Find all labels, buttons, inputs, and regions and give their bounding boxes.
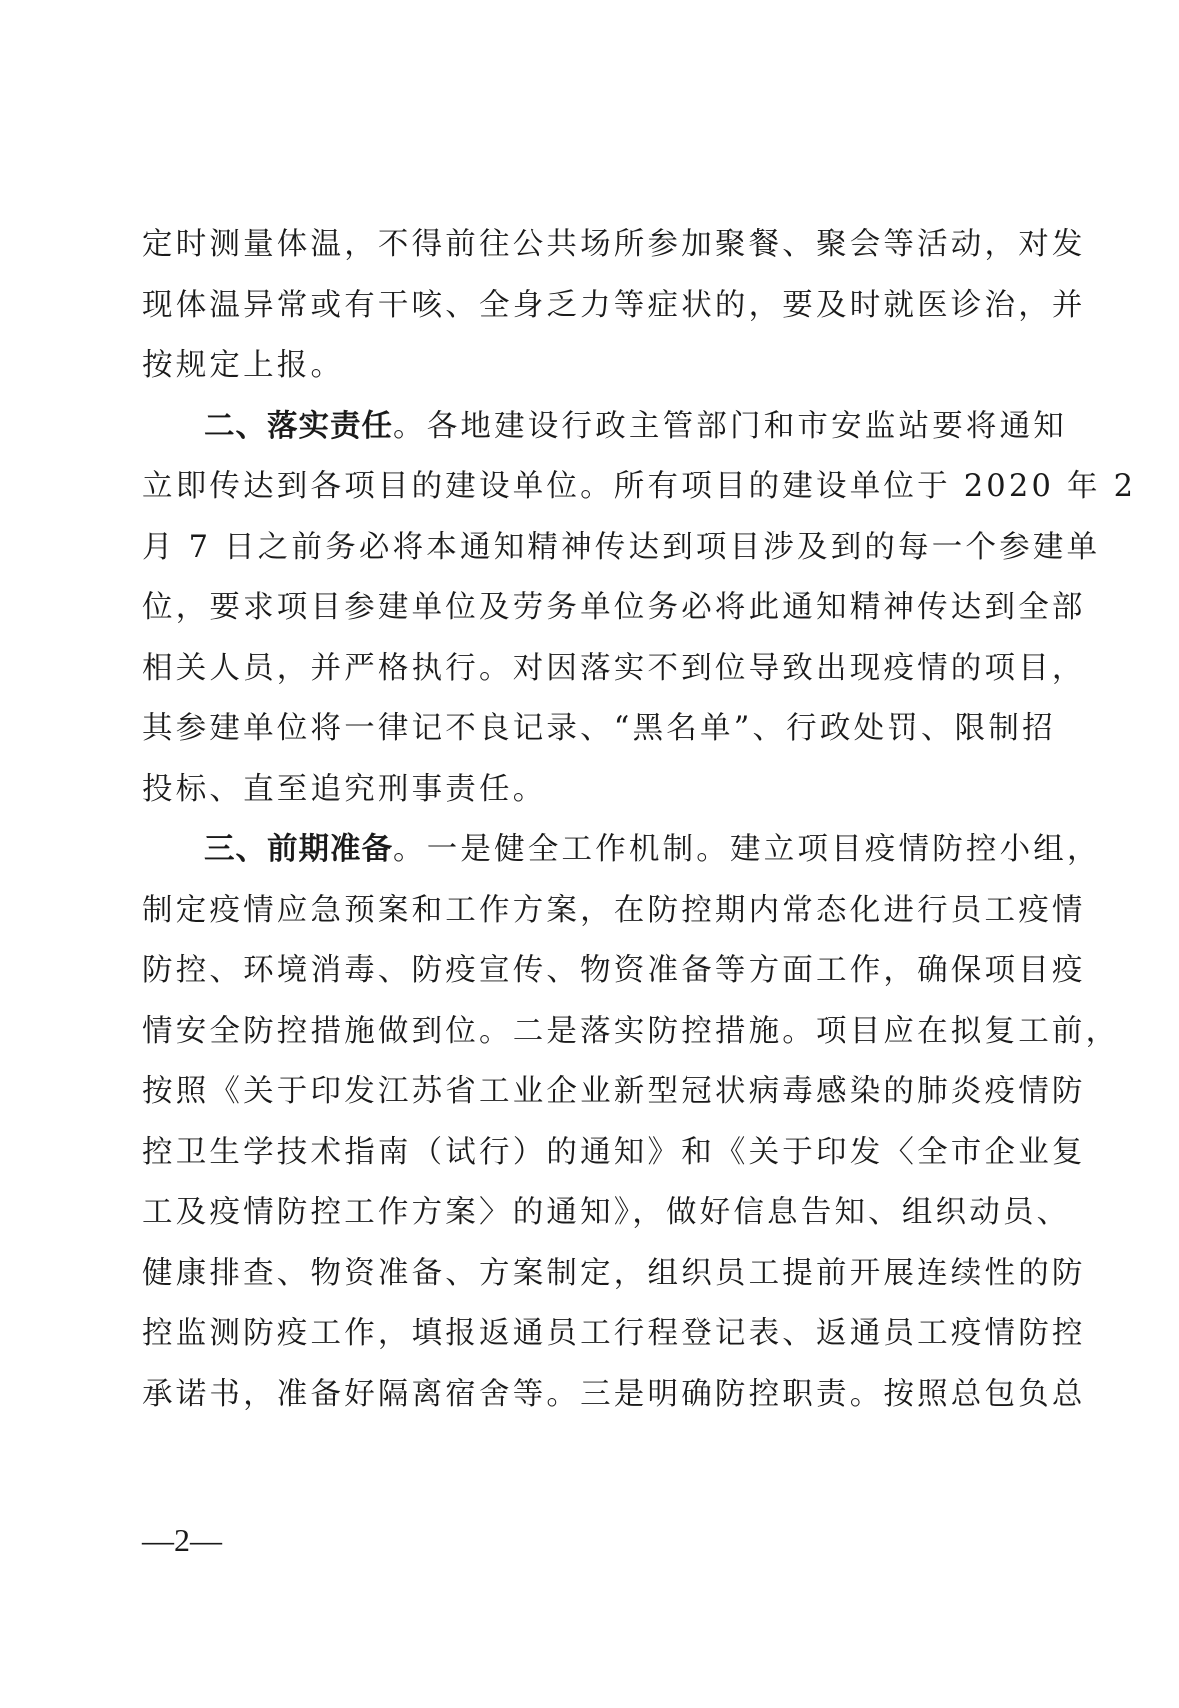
text-line: 月 7 日之前务必将本通知精神传达到项目涉及到的每一个参建单 — [142, 518, 1034, 579]
text-line: 按照《关于印发江苏省工业企业新型冠状病毒感染的肺炎疫情防 — [142, 1062, 1034, 1123]
section-heading: 二、落实责任 — [204, 409, 393, 444]
text-line: 防控、环境消毒、防疫宣传、物资准备等方面工作，确保项目疫 — [142, 941, 1034, 1002]
text-line: 承诺书，准备好隔离宿舍等。三是明确防控职责。按照总包负总 — [142, 1365, 1034, 1426]
text-run: 。一是健全工作机制。建立项目疫情防控小组， — [393, 832, 1101, 867]
text-line: 控卫生学技术指南（试行）的通知》和《关于印发〈全市企业复 — [142, 1123, 1034, 1184]
text-line: 投标、直至追究刑事责任。 — [142, 760, 1034, 821]
text-line: 现体温异常或有干咳、全身乏力等症状的，要及时就医诊治，并 — [142, 276, 1034, 337]
section-heading-line: 三、前期准备。一是健全工作机制。建立项目疫情防控小组， — [142, 820, 1034, 881]
text-line: 情安全防控措施做到位。二是落实防控措施。项目应在拟复工前， — [142, 1002, 1034, 1063]
text-run: 。各地建设行政主管部门和市安监站要将通知 — [393, 409, 1067, 444]
text-line: 按规定上报。 — [142, 336, 1034, 397]
text-line: 工及疫情防控工作方案〉的通知》，做好信息告知、组织动员、 — [142, 1183, 1034, 1244]
text-line: 健康排查、物资准备、方案制定，组织员工提前开展连续性的防 — [142, 1244, 1034, 1305]
text-line: 控监测防疫工作，填报返通员工行程登记表、返通员工疫情防控 — [142, 1304, 1034, 1365]
text-line: 制定疫情应急预案和工作方案，在防控期内常态化进行员工疫情 — [142, 881, 1034, 942]
section-heading-line: 二、落实责任。各地建设行政主管部门和市安监站要将通知 — [142, 397, 1034, 458]
text-line: 定时测量体温，不得前往公共场所参加聚餐、聚会等活动，对发 — [142, 215, 1034, 276]
document-body: 定时测量体温，不得前往公共场所参加聚餐、聚会等活动，对发 现体温异常或有干咳、全… — [142, 215, 1034, 1425]
page-number: —2— — [142, 1522, 222, 1559]
text-line: 立即传达到各项目的建设单位。所有项目的建设单位于 2020 年 2 — [142, 457, 1034, 518]
section-heading: 三、前期准备 — [204, 832, 393, 867]
text-line: 位，要求项目参建单位及劳务单位务必将此通知精神传达到全部 — [142, 578, 1034, 639]
text-line: 其参建单位将一律记不良记录、“黑名单”、行政处罚、限制招 — [142, 699, 1034, 760]
document-page: 定时测量体温，不得前往公共场所参加聚餐、聚会等活动，对发 现体温异常或有干咳、全… — [0, 0, 1179, 1708]
text-line: 相关人员，并严格执行。对因落实不到位导致出现疫情的项目， — [142, 639, 1034, 700]
